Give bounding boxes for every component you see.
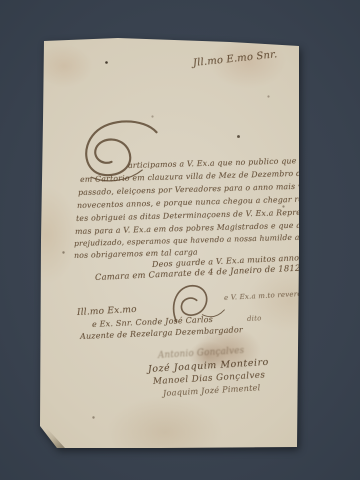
ink-specks (0, 0, 1, 1)
paper-corner-curl (39, 417, 65, 448)
manuscript-paper: Jll.mo E.mo Snr. articipamos a V. Ex.a q… (0, 0, 360, 480)
manuscript-photograph: Jll.mo E.mo Snr. articipamos a V. Ex.a q… (0, 0, 360, 480)
closing-word: dito (247, 314, 262, 323)
closing-line: e V. Ex.a m.to reverente subdito (224, 288, 344, 302)
salutation: Jll.mo E.mo Snr. (192, 49, 277, 69)
address-line: Ill.mo Ex.mo (77, 305, 137, 318)
paper-shadow: Jll.mo E.mo Snr. articipamos a V. Ex.a q… (0, 0, 360, 480)
